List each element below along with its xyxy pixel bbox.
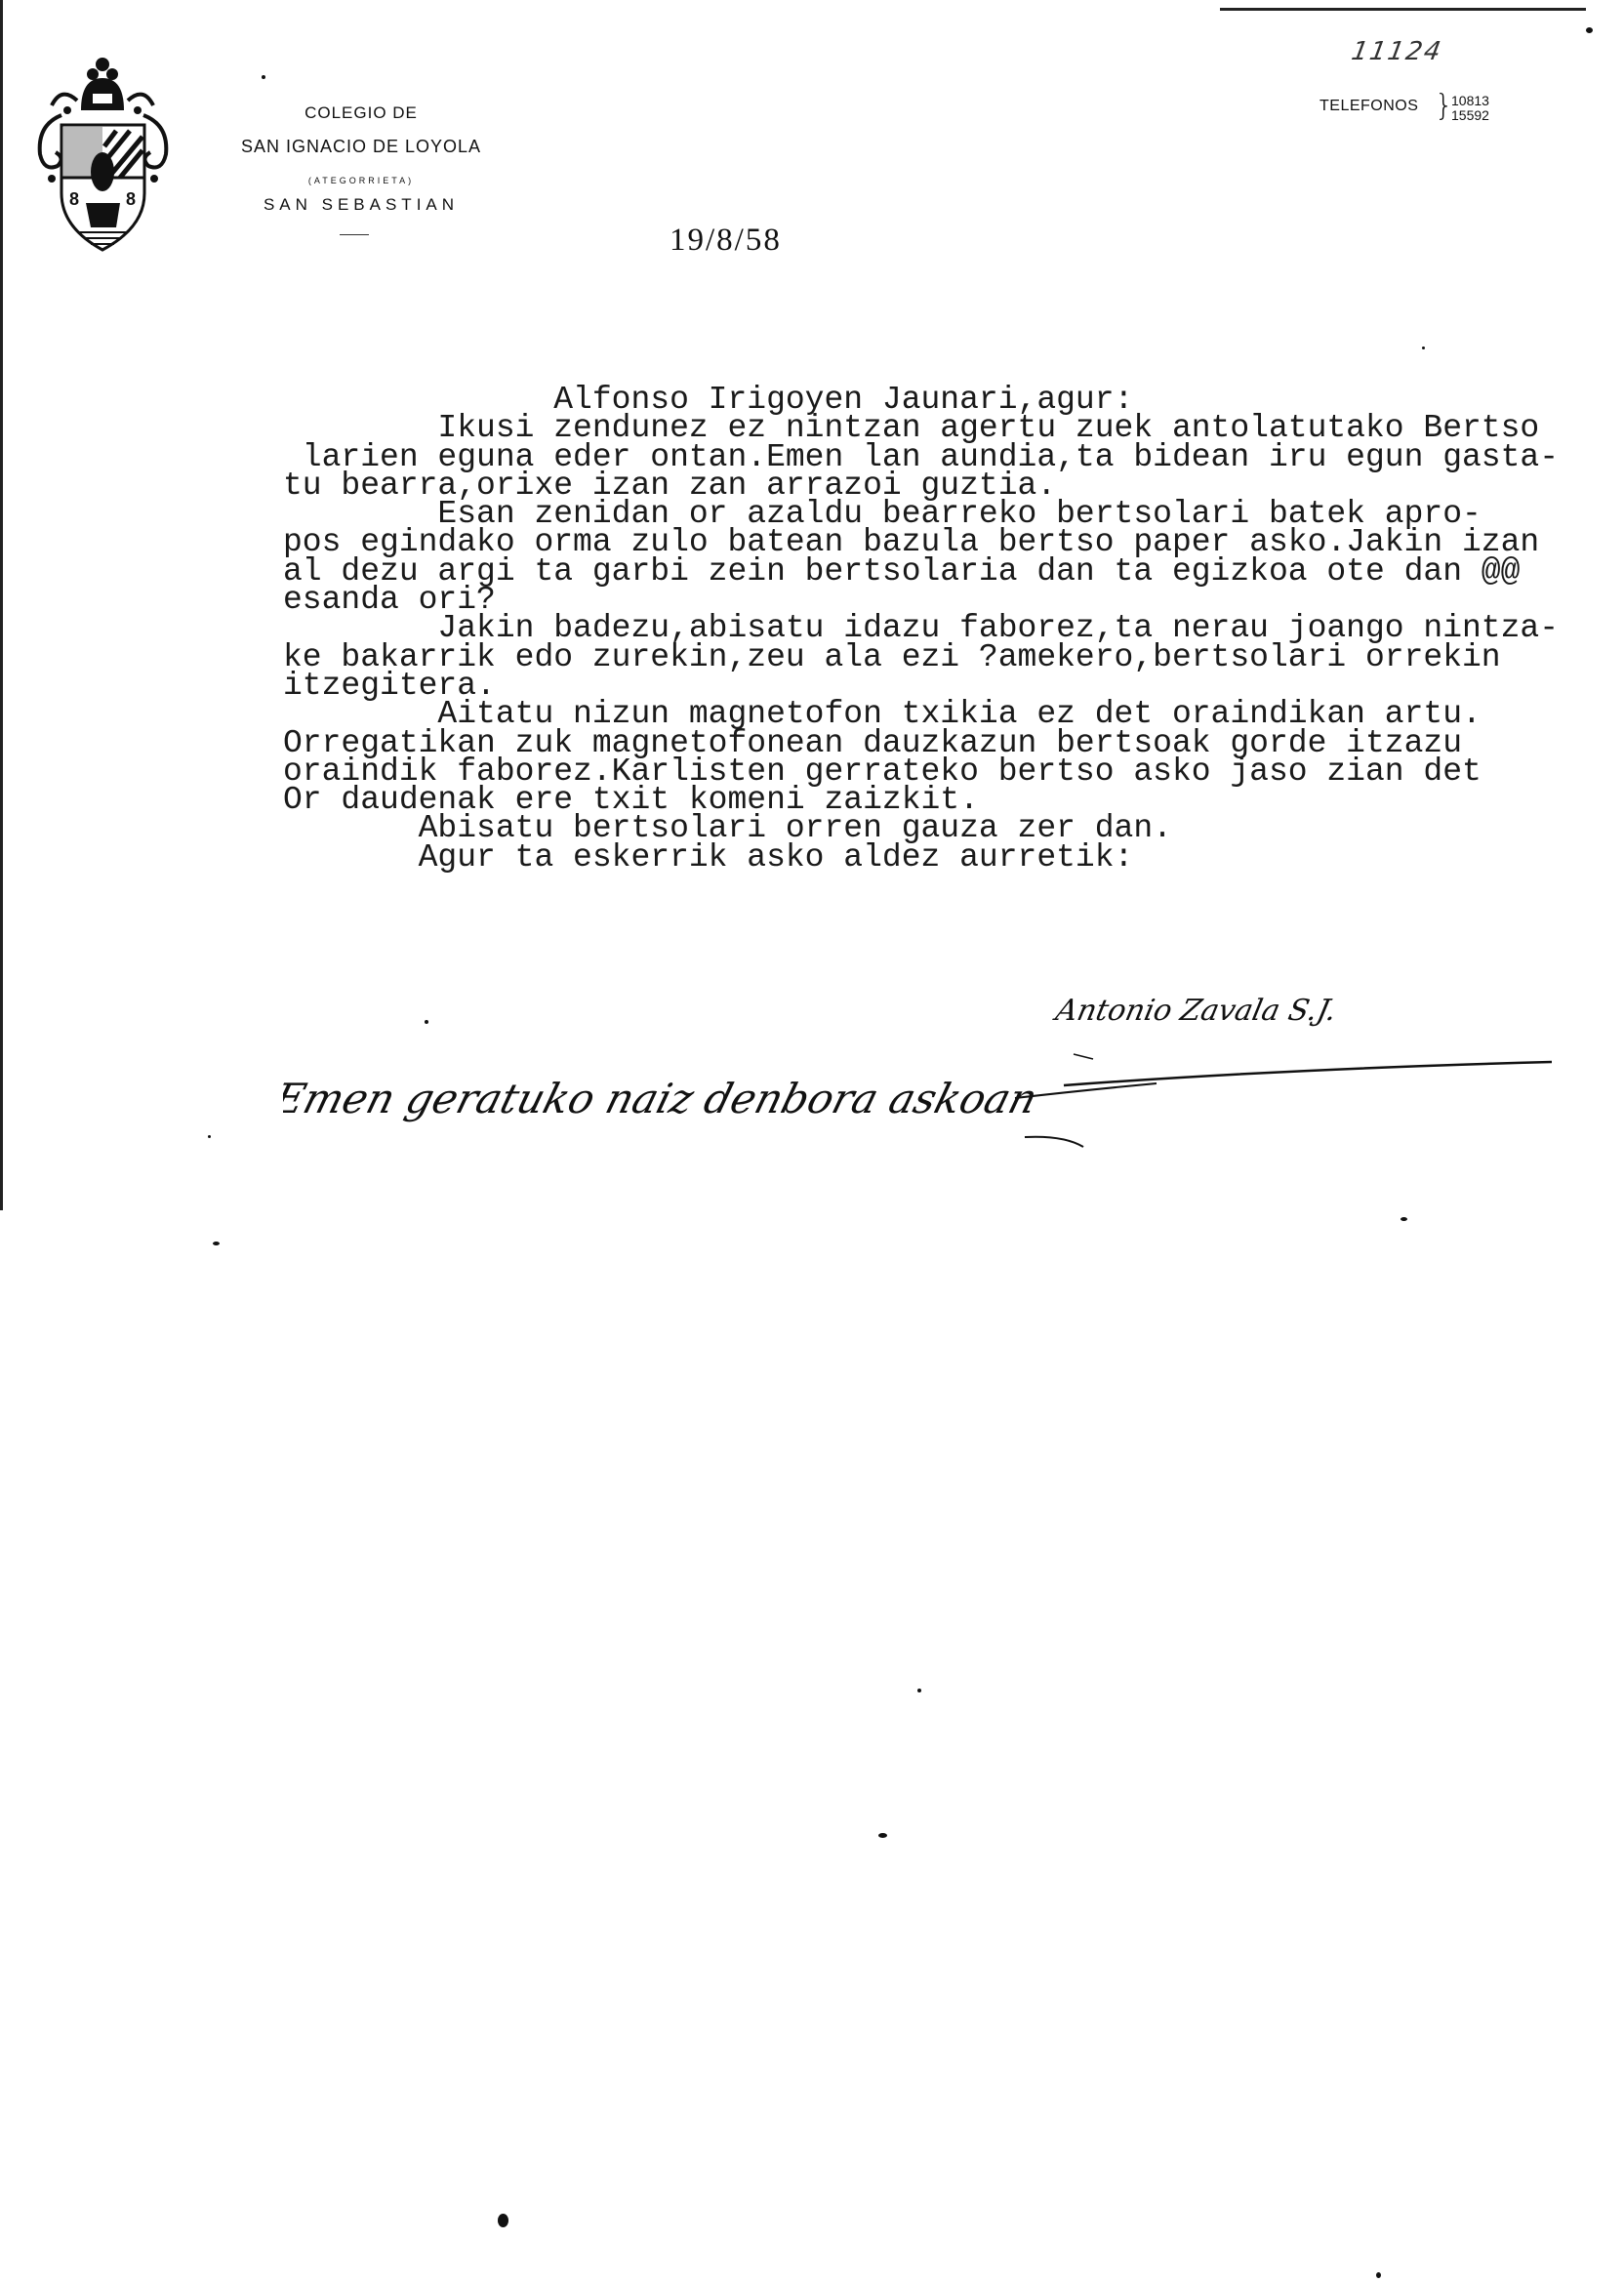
- letterhead-divider: [340, 234, 369, 235]
- scan-top-edge: [1220, 8, 1586, 11]
- letter-date: 19/8/58: [670, 223, 782, 259]
- speck: [1401, 1217, 1407, 1221]
- handwritten-note-text: Emen geratuko naiz denbora askoan: [283, 1076, 1042, 1123]
- telephone-number: 10813: [1451, 94, 1489, 108]
- signature-text: Antonio Zavala S.J.: [1050, 994, 1340, 1028]
- letterhead-city: SAN SEBASTIAN: [185, 195, 537, 215]
- telephones-label: TELEFONOS: [1319, 98, 1418, 115]
- archive-reference: 11124: [1349, 37, 1444, 66]
- speck: [1376, 2272, 1381, 2278]
- letter-body: Alfonso Irigoyen Jaunari,agur: Ikusi zen…: [283, 386, 1624, 872]
- speck: [1422, 346, 1425, 349]
- letter-line: Agur ta eskerrik asko aldez aurretik:: [283, 843, 1624, 872]
- speck: [917, 1689, 921, 1692]
- speck: [262, 75, 265, 79]
- speck: [878, 1833, 887, 1838]
- speck: [425, 1020, 428, 1024]
- letterhead-institution: SAN IGNACIO DE LOYOLA: [185, 137, 537, 157]
- telephone-numbers: 10813 15592: [1451, 94, 1489, 123]
- svg-text:8: 8: [126, 189, 136, 209]
- letterhead-line-1: COLEGIO DE: [185, 103, 537, 123]
- coat-of-arms-icon: 8 8: [32, 57, 174, 252]
- speck: [498, 2214, 508, 2227]
- scan-left-edge: [0, 0, 3, 1210]
- telephone-number: 15592: [1451, 108, 1489, 123]
- speck: [1586, 27, 1593, 33]
- letterhead-district: (ATEGORRIETA): [185, 176, 537, 185]
- handwritten-note: Emen geratuko naiz denbora askoan: [283, 1049, 1161, 1186]
- speck: [213, 1242, 220, 1245]
- svg-text:8: 8: [69, 189, 79, 209]
- speck: [208, 1135, 211, 1138]
